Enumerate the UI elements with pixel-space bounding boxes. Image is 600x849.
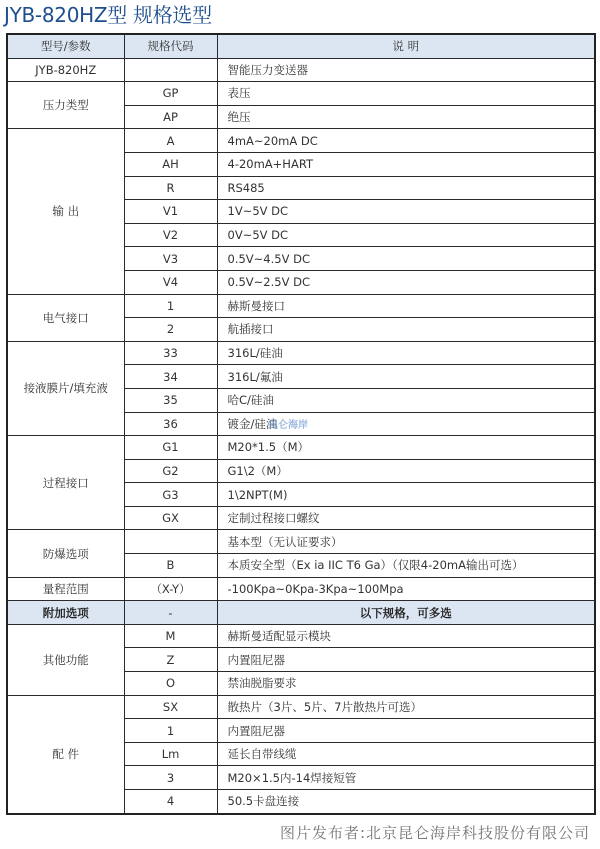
code-cell: [124, 58, 217, 82]
param-cell: 电气接口: [7, 294, 124, 341]
desc-cell: 基本型（无认证要求）: [217, 530, 595, 554]
desc-cell: 表压: [217, 82, 595, 106]
param-cell: 压力类型: [7, 82, 124, 129]
code-cell: V2: [124, 223, 217, 247]
param-cell: JYB-820HZ: [7, 58, 124, 82]
code-cell: GP: [124, 82, 217, 106]
desc-cell: -100Kpa~0Kpa-3Kpa~100Mpa: [217, 577, 595, 601]
code-cell: AP: [124, 105, 217, 129]
desc-cell: 4mA~20mA DC: [217, 129, 595, 153]
header-desc: 说 明: [217, 34, 595, 58]
header-code: 规格代码: [124, 34, 217, 58]
desc-cell: M20×1.5内-14焊接短管: [217, 766, 595, 790]
code-cell: 4: [124, 790, 217, 814]
code-cell: V1: [124, 200, 217, 224]
addon-desc: 以下规格，可多选: [217, 601, 595, 625]
watermark-publisher: 图片发布者:北京昆仑海岸科技股份有限公司: [280, 822, 590, 843]
desc-cell: 316L/硅油: [217, 341, 595, 365]
desc-cell: 1\2NPT(M): [217, 483, 595, 507]
code-cell: R: [124, 176, 217, 200]
code-cell: AH: [124, 152, 217, 176]
watermark-logo: 昆仑海岸: [268, 416, 308, 431]
code-cell: V4: [124, 270, 217, 294]
desc-cell: 本质安全型（Ex ia IIC T6 Ga）（仅限4-20mA输出可选）: [217, 554, 595, 578]
desc-cell: 4-20mA+HART: [217, 152, 595, 176]
desc-cell: 定制过程接口螺纹: [217, 506, 595, 530]
param-cell: 接液膜片/填充液: [7, 341, 124, 435]
desc-cell: 赫斯曼适配显示模块: [217, 624, 595, 648]
code-cell: [124, 530, 217, 554]
desc-cell: 0V~5V DC: [217, 223, 595, 247]
code-cell: 33: [124, 341, 217, 365]
desc-cell: 航插接口: [217, 318, 595, 342]
table-row: 其他功能M赫斯曼适配显示模块: [7, 624, 595, 648]
param-cell: 防爆选项: [7, 530, 124, 577]
code-cell: GX: [124, 506, 217, 530]
code-cell: A: [124, 129, 217, 153]
table-row: 防爆选项基本型（无认证要求）: [7, 530, 595, 554]
table-row: JYB-820HZ智能压力变送器: [7, 58, 595, 82]
addon-param: 附加选项: [7, 601, 124, 625]
header-param: 型号/参数: [7, 34, 124, 58]
code-cell: V3: [124, 247, 217, 271]
code-cell: 2: [124, 318, 217, 342]
desc-cell: 0.5V~4.5V DC: [217, 247, 595, 271]
code-cell: 34: [124, 365, 217, 389]
code-cell: 35: [124, 388, 217, 412]
table-row: 电气接口1赫斯曼接口: [7, 294, 595, 318]
desc-cell: 赫斯曼接口: [217, 294, 595, 318]
code-cell: （X-Y）: [124, 577, 217, 601]
desc-cell: 智能压力变送器: [217, 58, 595, 82]
code-cell: G2: [124, 459, 217, 483]
desc-cell: 散热片（3片、5片、7片散热片可选）: [217, 695, 595, 719]
code-cell: Z: [124, 648, 217, 672]
param-cell: 输 出: [7, 129, 124, 294]
table-header-row: 型号/参数 规格代码 说 明: [7, 34, 595, 58]
code-cell: M: [124, 624, 217, 648]
param-cell: 其他功能: [7, 624, 124, 695]
code-cell: SX: [124, 695, 217, 719]
desc-cell: 哈C/硅油: [217, 388, 595, 412]
table-row: 配 件SX散热片（3片、5片、7片散热片可选）: [7, 695, 595, 719]
code-cell: B: [124, 554, 217, 578]
desc-cell: 316L/氟油: [217, 365, 595, 389]
table-row: 接液膜片/填充液33316L/硅油: [7, 341, 595, 365]
code-cell: 36: [124, 412, 217, 436]
code-cell: G3: [124, 483, 217, 507]
desc-cell: 内置阻尼器: [217, 719, 595, 743]
desc-cell: G1\2（M）: [217, 459, 595, 483]
addon-code: -: [124, 601, 217, 625]
code-cell: 3: [124, 766, 217, 790]
table-row: 过程接口G1M20*1.5（M）: [7, 436, 595, 460]
table-row: 量程范围（X-Y）-100Kpa~0Kpa-3Kpa~100Mpa: [7, 577, 595, 601]
addon-options-row: 附加选项-以下规格，可多选: [7, 601, 595, 625]
code-cell: G1: [124, 436, 217, 460]
param-cell: 配 件: [7, 695, 124, 813]
desc-cell: M20*1.5（M）: [217, 436, 595, 460]
table-row: 压力类型GP表压: [7, 82, 595, 106]
code-cell: O: [124, 672, 217, 696]
desc-cell: 禁油脱脂要求: [217, 672, 595, 696]
desc-cell: 0.5V~2.5V DC: [217, 270, 595, 294]
code-cell: Lm: [124, 742, 217, 766]
page-title: JYB-820HZ型 规格选型: [4, 2, 212, 28]
desc-cell: 50.5卡盘连接: [217, 790, 595, 814]
table-row: 输 出A4mA~20mA DC: [7, 129, 595, 153]
code-cell: 1: [124, 294, 217, 318]
param-cell: 过程接口: [7, 436, 124, 530]
code-cell: 1: [124, 719, 217, 743]
desc-cell: 绝压: [217, 105, 595, 129]
desc-cell: 1V~5V DC: [217, 200, 595, 224]
desc-cell: RS485: [217, 176, 595, 200]
param-cell: 量程范围: [7, 577, 124, 601]
desc-cell: 延长自带线缆: [217, 742, 595, 766]
desc-cell: 内置阻尼器: [217, 648, 595, 672]
